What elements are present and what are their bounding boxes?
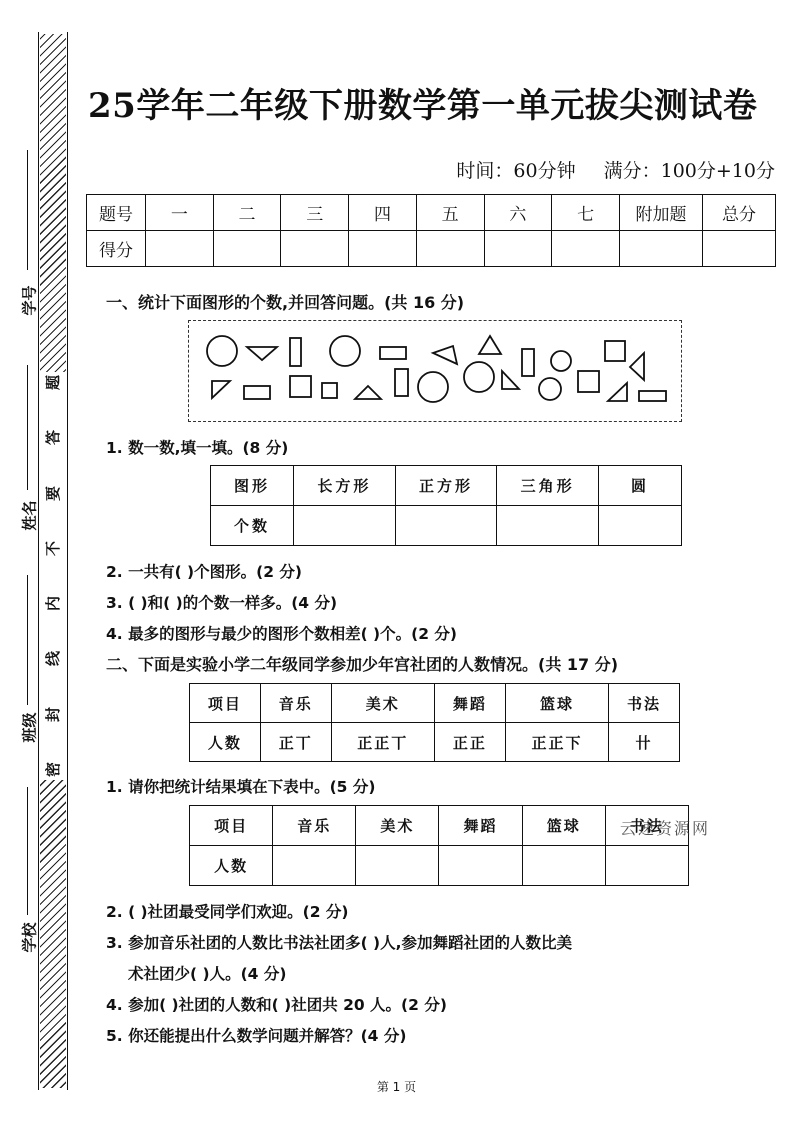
- table-cell: 附加题: [620, 195, 703, 231]
- answer-cell[interactable]: [356, 846, 439, 886]
- s2-question-3-cont: 术社团少( )人。(4 分): [128, 962, 286, 984]
- answer-cell[interactable]: [522, 846, 605, 886]
- table-header: 项目: [190, 806, 273, 846]
- s1-question-2: 2. 一共有( )个图形。(2 分): [106, 560, 302, 582]
- tally-table: 项目 音乐 美术 舞蹈 篮球 书法 人数 正丅 正正丅 正正 正正下 卄: [189, 683, 680, 762]
- strip-border-right: [67, 32, 68, 1090]
- seal-char: 要: [42, 486, 63, 501]
- section2-heading: 二、下面是实验小学二年级同学参加少年宫社团的人数情况。(共 17 分): [106, 652, 618, 675]
- shapes-figure: [188, 320, 682, 422]
- table-header: 音乐: [273, 806, 356, 846]
- table-cell: 人数: [190, 846, 273, 886]
- name-line[interactable]: [27, 365, 28, 490]
- score-input-cell[interactable]: [416, 231, 484, 267]
- page-title: 25学年二年级下册数学第一单元拔尖测试卷: [88, 78, 757, 127]
- school-line[interactable]: [27, 787, 28, 915]
- table-header: 长方形: [294, 466, 396, 506]
- watermark: 云速资源网: [620, 816, 710, 839]
- table-row: 图形 长方形 正方形 三角形 圆: [211, 466, 682, 506]
- table-header: 篮球: [505, 684, 608, 723]
- student-id-line[interactable]: [27, 150, 28, 270]
- tally-marks: 正正: [434, 723, 505, 762]
- table-cell: 五: [416, 195, 484, 231]
- table-header: 三角形: [497, 466, 599, 506]
- table-cell: 题号: [87, 195, 146, 231]
- tally-marks: 正丅: [260, 723, 331, 762]
- page-number: 第 1 页: [0, 1078, 793, 1095]
- table-header: 项目: [190, 684, 261, 723]
- student-id-field[interactable]: 学号: [10, 150, 40, 330]
- score-input-cell[interactable]: [620, 231, 703, 267]
- s2-question-4: 4. 参加( )社团的人数和( )社团共 20 人。(2 分): [106, 993, 447, 1015]
- table-header: 图形: [211, 466, 294, 506]
- table-cell: 三: [281, 195, 349, 231]
- table-cell: 得分: [87, 231, 146, 267]
- class-label: 班级: [19, 712, 40, 742]
- seal-char: 内: [42, 596, 63, 611]
- tally-marks: 正正丅: [331, 723, 434, 762]
- answer-cell[interactable]: [273, 846, 356, 886]
- answer-cell[interactable]: [395, 506, 497, 546]
- table-header: 圆: [599, 466, 682, 506]
- s2-question-5: 5. 你还能提出什么数学问题并解答？(4 分): [106, 1024, 406, 1046]
- table-cell: 人数: [190, 723, 261, 762]
- answer-cell[interactable]: [294, 506, 396, 546]
- name-field[interactable]: 姓名: [10, 365, 40, 545]
- table-header: 美术: [331, 684, 434, 723]
- class-line[interactable]: [27, 575, 28, 705]
- full-score: 满分：100分+10分: [604, 160, 775, 182]
- table-cell: 七: [552, 195, 620, 231]
- table-header: 美术: [356, 806, 439, 846]
- score-input-cell[interactable]: [213, 231, 281, 267]
- seal-char: 密: [42, 762, 63, 777]
- answer-cell[interactable]: [605, 846, 688, 886]
- seal-char: 答: [42, 430, 63, 445]
- score-input-cell[interactable]: [281, 231, 349, 267]
- score-input-cell[interactable]: [552, 231, 620, 267]
- shape-count-table: 图形 长方形 正方形 三角形 圆 个数: [210, 465, 682, 546]
- score-input-cell[interactable]: [484, 231, 552, 267]
- club-count-table: 项目 音乐 美术 舞蹈 篮球 书法 人数: [189, 805, 689, 886]
- tally-marks: 正正下: [505, 723, 608, 762]
- tally-marks: 卄: [609, 723, 680, 762]
- s2-question-2: 2. ( )社团最受同学们欢迎。(2 分): [106, 900, 348, 922]
- school-label: 学校: [19, 922, 40, 952]
- table-header: 正方形: [395, 466, 497, 506]
- table-cell: 个数: [211, 506, 294, 546]
- seal-char: 题: [42, 375, 63, 390]
- table-header: 书法: [609, 684, 680, 723]
- s1-question-4: 4. 最多的图形与最少的图形个数相差( )个。(2 分): [106, 622, 457, 644]
- table-cell: 总分: [703, 195, 776, 231]
- table-row: 项目 音乐 美术 舞蹈 篮球 书法: [190, 806, 689, 846]
- table-row: 项目 音乐 美术 舞蹈 篮球 书法: [190, 684, 680, 723]
- score-input-cell[interactable]: [349, 231, 417, 267]
- exam-meta: 时间：60分钟 满分：100分+10分: [456, 156, 775, 183]
- time-limit: 时间：60分钟: [456, 160, 575, 182]
- s2-question-1: 1. 请你把统计结果填在下表中。(5 分): [106, 775, 375, 797]
- name-label: 姓名: [19, 500, 40, 530]
- seal-notice: 密 封 线 内 不 要 答 题: [40, 372, 66, 780]
- seal-char: 封: [42, 707, 63, 722]
- student-id-label: 学号: [19, 285, 40, 315]
- table-cell: 二: [213, 195, 281, 231]
- seal-char: 线: [42, 651, 63, 666]
- s1-question-3: 3. ( )和( )的个数一样多。(4 分): [106, 591, 337, 613]
- table-header: 舞蹈: [434, 684, 505, 723]
- table-row: 题号 一 二 三 四 五 六 七 附加题 总分: [87, 195, 776, 231]
- section1-heading: 一、统计下面图形的个数,并回答问题。(共 16 分): [106, 290, 464, 313]
- answer-cell[interactable]: [439, 846, 522, 886]
- table-header: 音乐: [260, 684, 331, 723]
- shapes-illustration: [187, 319, 681, 421]
- answer-cell[interactable]: [599, 506, 682, 546]
- table-row: 人数: [190, 846, 689, 886]
- table-row: 个数: [211, 506, 682, 546]
- school-field[interactable]: 学校: [10, 787, 40, 967]
- answer-cell[interactable]: [497, 506, 599, 546]
- table-header: 篮球: [522, 806, 605, 846]
- table-row: 人数 正丅 正正丅 正正 正正下 卄: [190, 723, 680, 762]
- seal-char: 不: [42, 541, 63, 556]
- table-row: 得分: [87, 231, 776, 267]
- table-cell: 一: [146, 195, 214, 231]
- table-cell: 六: [484, 195, 552, 231]
- table-cell: 四: [349, 195, 417, 231]
- s1-question-1: 1. 数一数,填一填。(8 分): [106, 436, 288, 458]
- table-header: 舞蹈: [439, 806, 522, 846]
- score-input-cell[interactable]: [703, 231, 776, 267]
- s2-question-3: 3. 参加音乐社团的人数比书法社团多( )人,参加舞蹈社团的人数比美: [106, 931, 572, 953]
- class-field[interactable]: 班级: [10, 575, 40, 755]
- score-input-cell[interactable]: [146, 231, 214, 267]
- score-table: 题号 一 二 三 四 五 六 七 附加题 总分 得分: [86, 194, 776, 267]
